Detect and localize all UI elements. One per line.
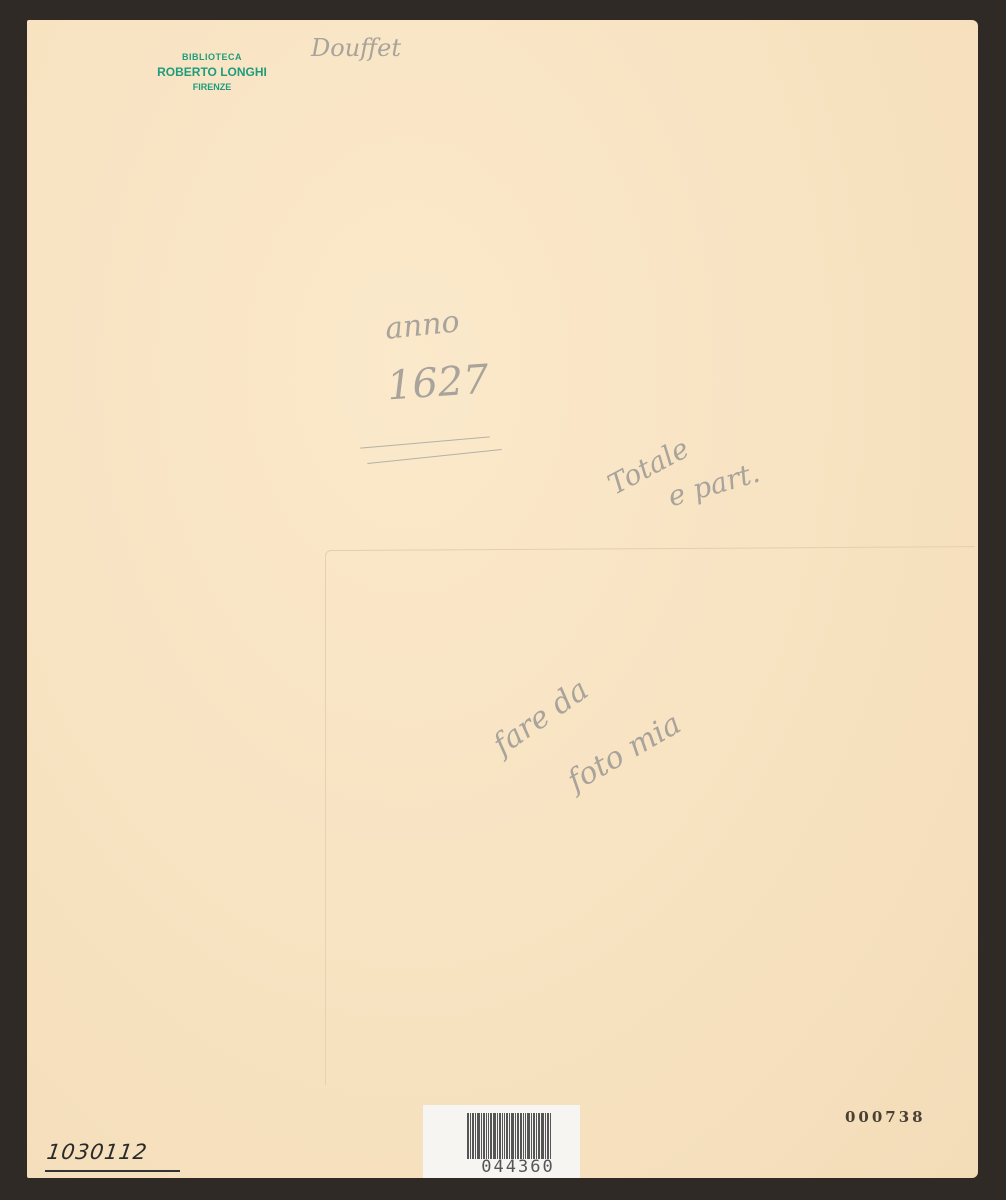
barcode-label: 044360 — [423, 1105, 580, 1178]
inventory-underline — [45, 1170, 180, 1172]
barcode-number: 044360 — [463, 1157, 573, 1177]
year-annotation: 1627 — [386, 357, 491, 410]
fold-line-horizontal — [345, 546, 975, 551]
note-fare-da: fare da — [487, 672, 595, 762]
stamp-line-biblioteca: BIBLIOTECA — [157, 50, 267, 65]
inventory-number: 1030112 — [45, 1140, 149, 1164]
fold-line-vertical — [325, 565, 326, 1085]
barcode-icon — [467, 1113, 565, 1159]
paper-sheet: BIBLIOTECA ROBERTO LONGHI FIRENZE Douffe… — [27, 20, 978, 1178]
artist-annotation: Douffet — [311, 34, 401, 62]
serial-number: 000738 — [845, 1108, 926, 1126]
underline-2 — [367, 449, 501, 464]
fold-corner — [325, 550, 348, 569]
stamp-line-firenze: FIRENZE — [157, 80, 267, 95]
stamp-line-roberto-longhi: ROBERTO LONGHI — [157, 65, 267, 80]
library-stamp: BIBLIOTECA ROBERTO LONGHI FIRENZE — [157, 50, 267, 95]
note-foto-mia: foto mia — [562, 706, 688, 799]
anno-label: anno — [383, 304, 461, 347]
underline-1 — [360, 436, 490, 448]
